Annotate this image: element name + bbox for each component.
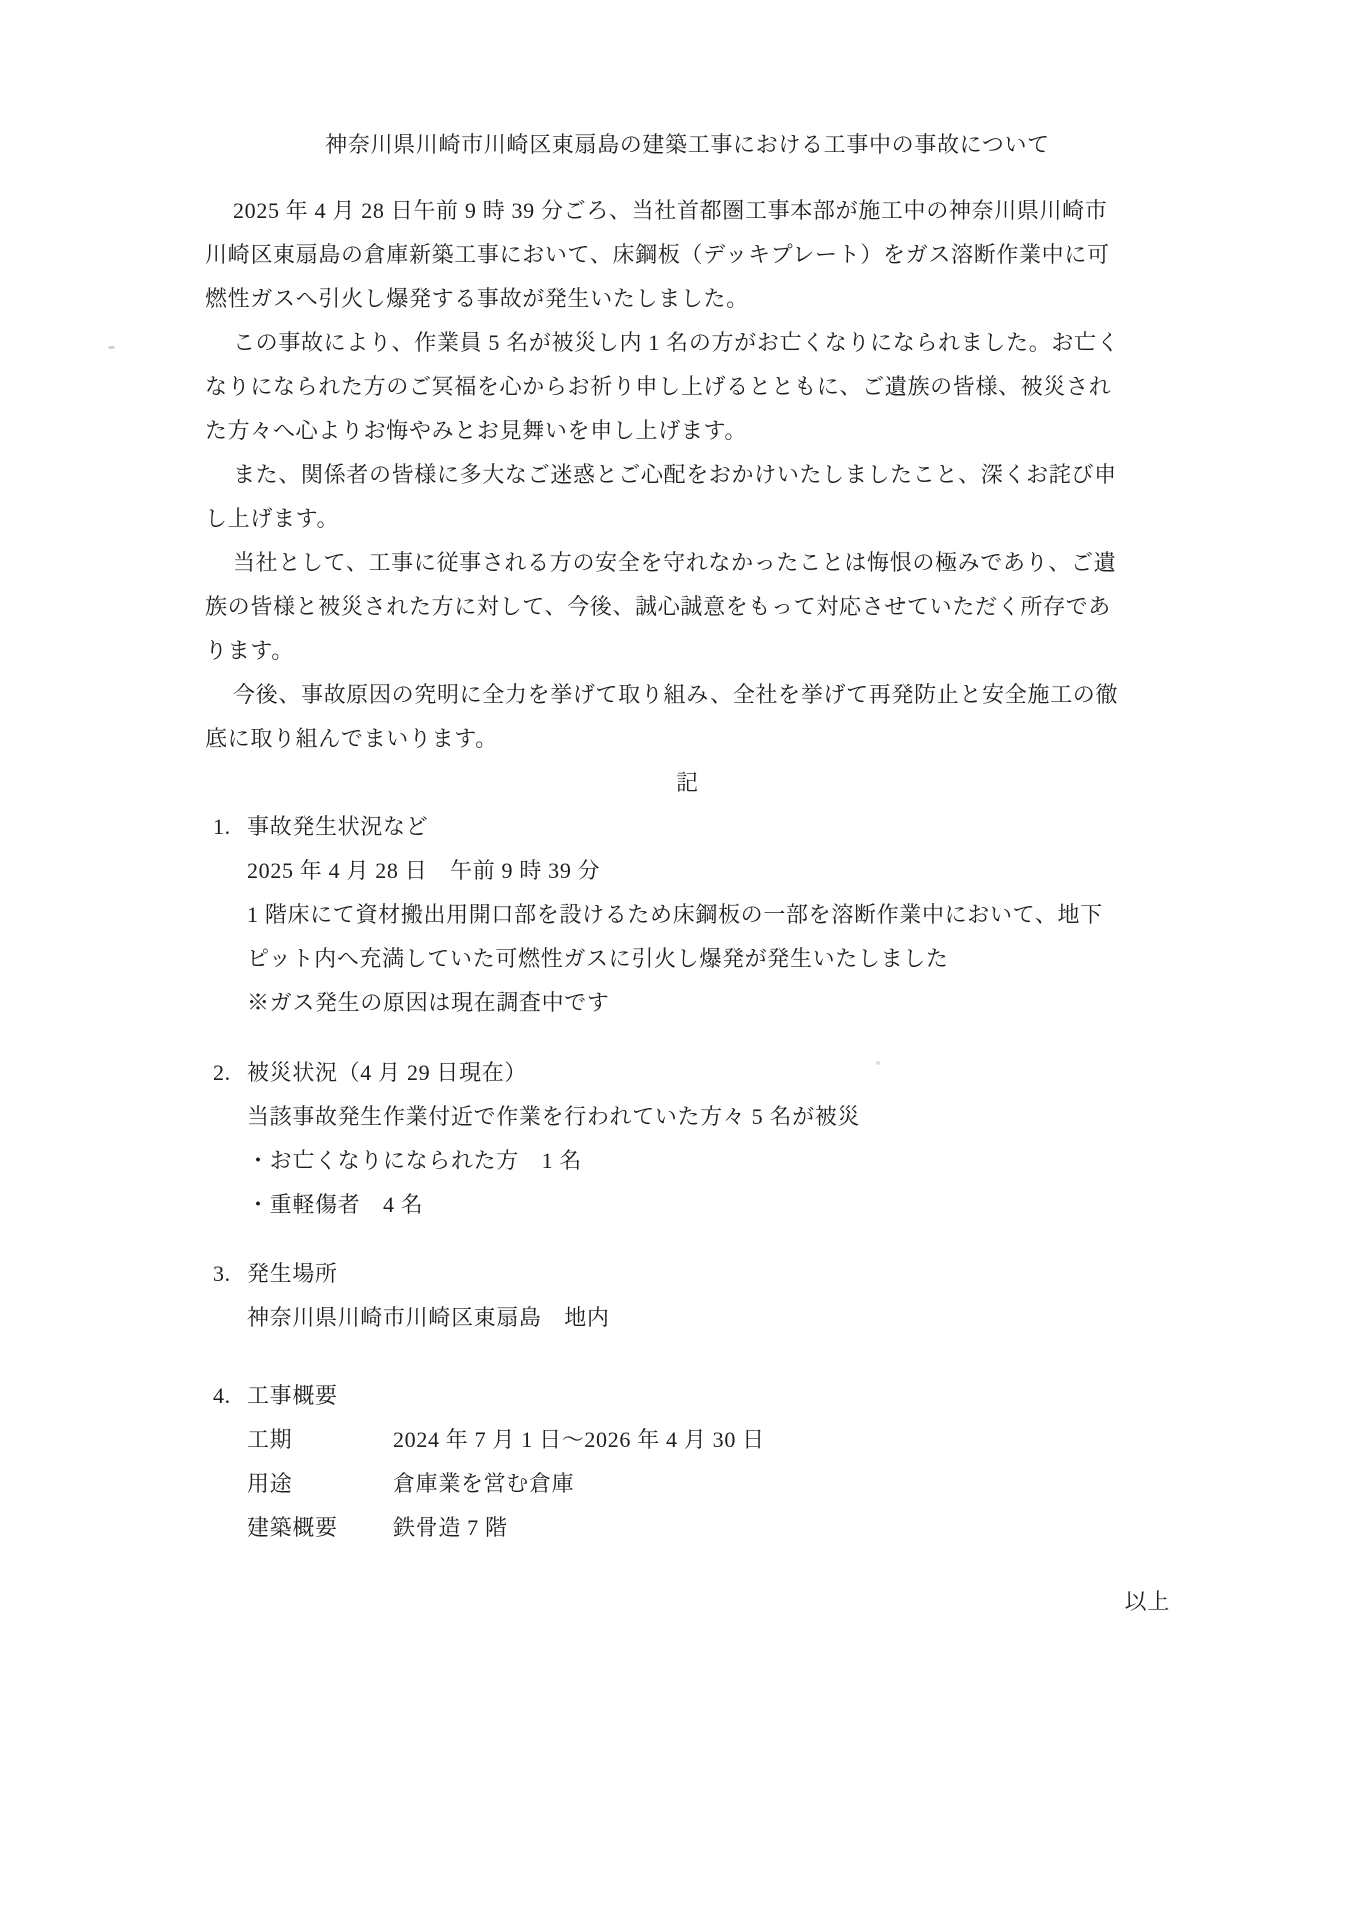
document-content: 神奈川県川崎市川崎区東扇島の建築工事における工事中の事故について 2025 年 … (205, 0, 1170, 1624)
section-number: 3. (213, 1252, 247, 1296)
spec-row: 建築概要 鉄骨造 7 階 (247, 1506, 1170, 1550)
section-line: 1 階床にて資材搬出用開口部を設けるため床鋼板の一部を溶断作業中において、地下 (247, 893, 1170, 937)
section-heading-row: 1. 事故発生状況など (205, 805, 1170, 849)
ki-marker: 記 (205, 761, 1170, 805)
section-line: 2025 年 4 月 28 日 午前 9 時 39 分 (247, 849, 1170, 893)
spec-row: 用途 倉庫業を営む倉庫 (247, 1462, 1170, 1506)
section-number: 1. (213, 805, 247, 849)
paragraph-line: 今後、事故原因の究明に全力を挙げて取り組み、全社を挙げて再発防止と安全施工の徹 (205, 673, 1170, 717)
paragraph-line: 川崎区東扇島の倉庫新築工事において、床鋼板（デッキプレート）をガス溶断作業中に可 (205, 233, 1170, 277)
section-line: ・重軽傷者 4 名 (247, 1183, 1170, 1227)
body-paragraph: 当社として、工事に従事される方の安全を守れなかったことは悔恨の極みであり、ご遺 … (205, 541, 1170, 673)
paragraph-line: この事故により、作業員 5 名が被災し内 1 名の方がお亡くなりになられました。… (205, 321, 1170, 365)
section-damage-status: 2. 被災状況（4 月 29 日現在） 当該事故発生作業付近で作業を行われていた… (205, 1051, 1170, 1227)
spec-value: 倉庫業を営む倉庫 (393, 1462, 574, 1506)
section-heading: 工事概要 (247, 1374, 338, 1418)
paragraph-line: 燃性ガスへ引火し爆発する事故が発生いたしました。 (205, 277, 1170, 321)
spec-value: 2024 年 7 月 1 日～2026 年 4 月 30 日 (393, 1418, 765, 1462)
paragraph-line: 底に取り組んでまいります。 (205, 717, 1170, 761)
paragraph-line: 族の皆様と被災された方に対して、今後、誠心誠意をもって対応させていただく所存であ (205, 585, 1170, 629)
section-number: 4. (213, 1374, 247, 1418)
section-accident-status: 1. 事故発生状況など 2025 年 4 月 28 日 午前 9 時 39 分 … (205, 805, 1170, 1025)
spec-value: 鉄骨造 7 階 (393, 1506, 508, 1550)
section-line: ※ガス発生の原因は現在調査中です (247, 981, 1170, 1025)
body-paragraph: この事故により、作業員 5 名が被災し内 1 名の方がお亡くなりになられました。… (205, 321, 1170, 453)
section-line: ・お亡くなりになられた方 1 名 (247, 1139, 1170, 1183)
document-title: 神奈川県川崎市川崎区東扇島の建築工事における工事中の事故について (205, 123, 1170, 167)
section-heading-row: 3. 発生場所 (205, 1252, 1170, 1296)
paragraph-line: ります。 (205, 629, 1170, 673)
section-location: 3. 発生場所 神奈川県川崎市川崎区東扇島 地内 (205, 1252, 1170, 1340)
section-construction-overview: 4. 工事概要 工期 2024 年 7 月 1 日～2026 年 4 月 30 … (205, 1374, 1170, 1550)
closing-text: 以上 (205, 1580, 1170, 1624)
spec-label: 建築概要 (247, 1506, 393, 1550)
section-line: ピット内へ充満していた可燃性ガスに引火し爆発が発生いたしました (247, 937, 1170, 981)
document-page: 神奈川県川崎市川崎区東扇島の建築工事における工事中の事故について 2025 年 … (0, 0, 1357, 1920)
section-line: 神奈川県川崎市川崎区東扇島 地内 (247, 1296, 1170, 1340)
paragraph-line: 当社として、工事に従事される方の安全を守れなかったことは悔恨の極みであり、ご遺 (205, 541, 1170, 585)
spec-label: 用途 (247, 1462, 393, 1506)
paragraph-line: なりになられた方のご冥福を心からお祈り申し上げるとともに、ご遺族の皆様、被災され (205, 365, 1170, 409)
paragraph-line: た方々へ心よりお悔やみとお見舞いを申し上げます。 (205, 409, 1170, 453)
section-heading-row: 4. 工事概要 (205, 1374, 1170, 1418)
body-paragraph: 今後、事故原因の究明に全力を挙げて取り組み、全社を挙げて再発防止と安全施工の徹 … (205, 673, 1170, 761)
section-heading: 事故発生状況など (247, 805, 428, 849)
body-paragraph: また、関係者の皆様に多大なご迷惑とご心配をおかけいたしましたこと、深くお詫び申 … (205, 453, 1170, 541)
spec-row: 工期 2024 年 7 月 1 日～2026 年 4 月 30 日 (247, 1418, 1170, 1462)
paragraph-line: また、関係者の皆様に多大なご迷惑とご心配をおかけいたしましたこと、深くお詫び申 (205, 453, 1170, 497)
spec-label: 工期 (247, 1418, 393, 1462)
paragraph-line: し上げます。 (205, 497, 1170, 541)
paragraph-line: 2025 年 4 月 28 日午前 9 時 39 分ごろ、当社首都圏工事本部が施… (205, 189, 1170, 233)
section-heading: 発生場所 (247, 1252, 338, 1296)
section-heading-row: 2. 被災状況（4 月 29 日現在） (205, 1051, 1170, 1095)
body-paragraph: 2025 年 4 月 28 日午前 9 時 39 分ごろ、当社首都圏工事本部が施… (205, 189, 1170, 321)
scan-artifact (108, 346, 115, 349)
section-line: 当該事故発生作業付近で作業を行われていた方々 5 名が被災 (247, 1095, 1170, 1139)
section-number: 2. (213, 1051, 247, 1095)
section-heading: 被災状況（4 月 29 日現在） (247, 1051, 527, 1095)
